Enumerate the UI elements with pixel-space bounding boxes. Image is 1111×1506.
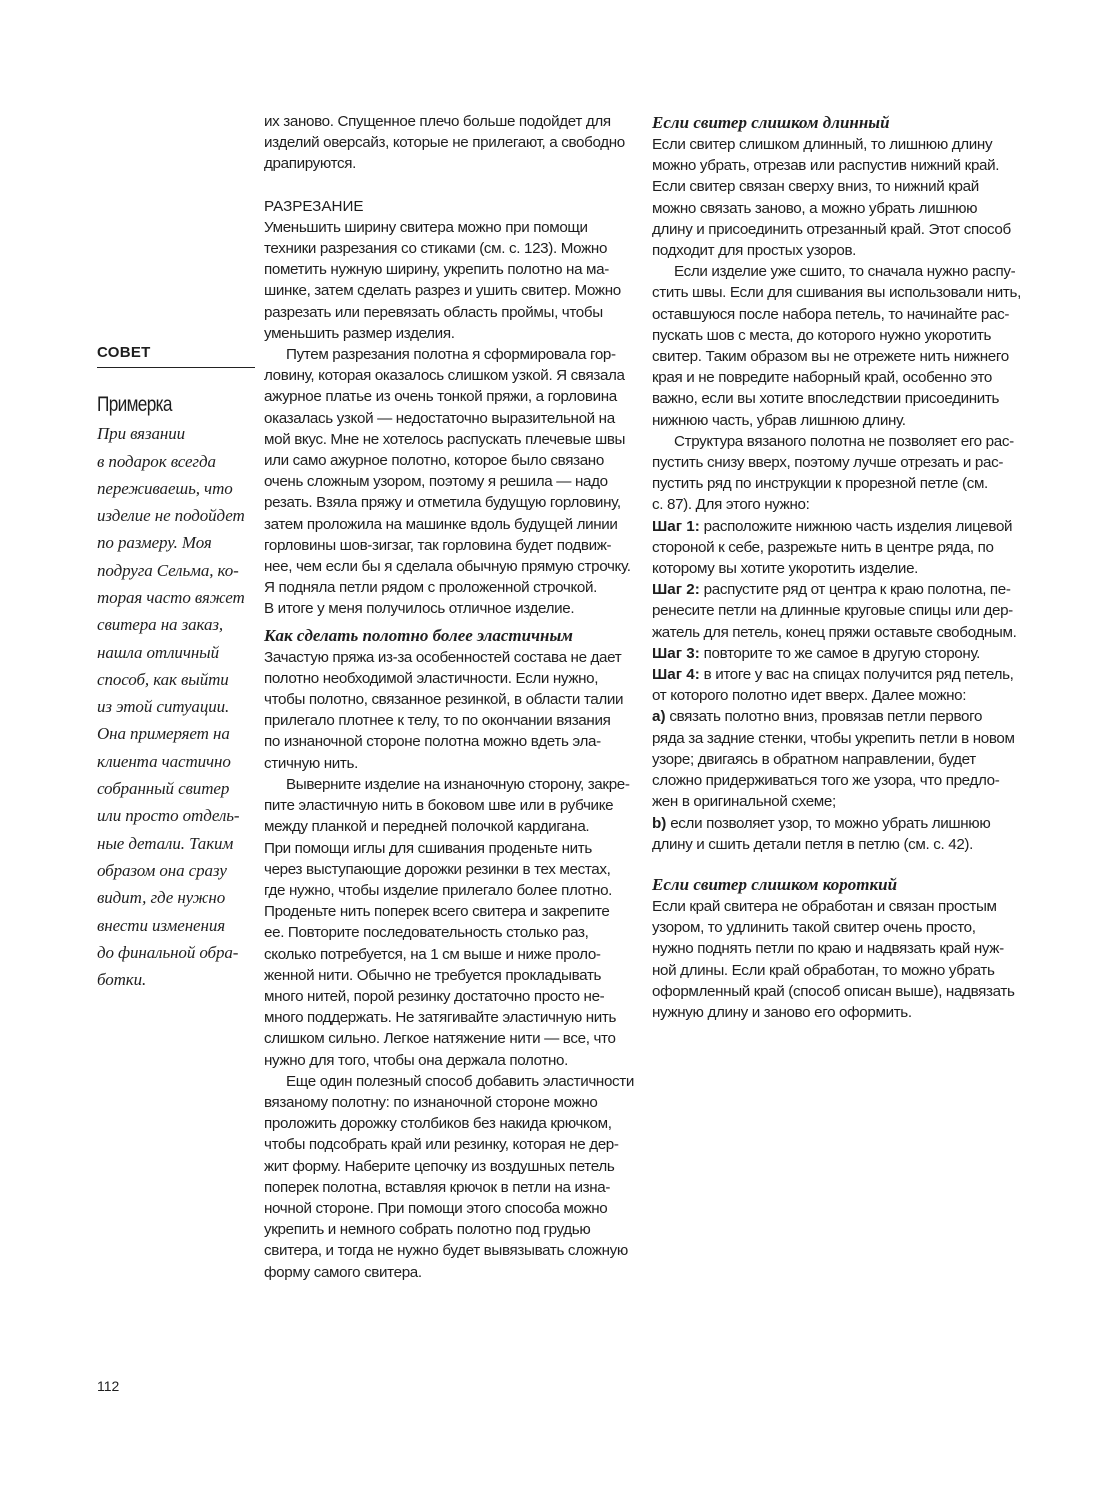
text-line: Если край свитера не обработан и связан … bbox=[652, 896, 1024, 917]
text-line: оформленный край (способ описан выше), н… bbox=[652, 981, 1024, 1002]
text-line: женной нити. Обычно не требуется проклад… bbox=[264, 965, 636, 986]
elastic-heading: Как сделать полотно более эластичным bbox=[264, 624, 636, 647]
text-line: Если изделие уже сшито, то сначала нужно… bbox=[652, 261, 1024, 282]
text-line: Если свитер слишком длинный, то лишнюю д… bbox=[652, 134, 1024, 155]
text-line: форму самого свитера. bbox=[264, 1262, 636, 1283]
steps-list: Шаг 1: расположите нижнюю часть изделия … bbox=[652, 516, 1024, 707]
text-line: оставшуюся после набора петель, то начин… bbox=[652, 304, 1024, 325]
text-line: края и не повредите наборный край, особе… bbox=[652, 367, 1024, 388]
text-line: вязаному полотну: по изнаночной стороне … bbox=[264, 1092, 636, 1113]
text-line: свитер. Таким образом вы не отрежете нит… bbox=[652, 346, 1024, 367]
text-line: через выступающие дорожки резинки в тех … bbox=[264, 859, 636, 880]
text-line: стичную нить. bbox=[264, 753, 636, 774]
text-line: слишком сильно. Легкое натяжение нити — … bbox=[264, 1028, 636, 1049]
text-line: где нужно, чтобы изделие прилегало более… bbox=[264, 880, 636, 901]
text-line: жит форму. Наберите цепочку из воздушных… bbox=[264, 1156, 636, 1177]
page-number: 112 bbox=[97, 1378, 119, 1394]
text-line: в подарок всегда bbox=[97, 448, 255, 475]
text-line: с. 87). Для этого нужно: bbox=[652, 494, 1024, 515]
text-line: нижнюю часть, убрав лишнюю длину. bbox=[652, 410, 1024, 431]
text-line: горловины шов-зигзаг, так горловина буде… bbox=[264, 535, 636, 556]
text-line: техники разрезания со стиками (см. с. 12… bbox=[264, 238, 636, 259]
text-line: Путем разрезания полотна я сформировала … bbox=[264, 344, 636, 365]
text-line: чтобы полотно, связанное резинкой, в обл… bbox=[264, 689, 636, 710]
text-line: проложить дорожку столбиков без накида к… bbox=[264, 1113, 636, 1134]
text-line: оказалась узкой — недостаточно выразител… bbox=[264, 408, 636, 429]
text-line: нашла отличный bbox=[97, 639, 255, 666]
text-line: При вязании bbox=[97, 420, 255, 447]
text-line: свитера, и тогда не нужно будет вывязыва… bbox=[264, 1240, 636, 1261]
text-line: до финальной обра- bbox=[97, 939, 255, 966]
tip-title: Примерка bbox=[97, 392, 227, 418]
text-line: ночной стороне. При помощи этого способа… bbox=[264, 1198, 636, 1219]
text-line: Структура вязаного полотна не позволяет … bbox=[652, 431, 1024, 452]
text-line: пите эластичную нить в боковом шве или в… bbox=[264, 795, 636, 816]
text-line: нее, чем если бы я сделала обычную пряму… bbox=[264, 556, 636, 577]
text-line: подходит для простых узоров. bbox=[652, 240, 1024, 261]
text-line: клиента частично bbox=[97, 748, 255, 775]
step-item: Шаг 1: расположите нижнюю часть изделия … bbox=[652, 516, 1024, 580]
text-line: ботки. bbox=[97, 966, 255, 993]
text-line: Если свитер связан сверху вниз, то нижни… bbox=[652, 176, 1024, 197]
text-line: торая часто вяжет bbox=[97, 584, 255, 611]
text-line: видит, где нужно bbox=[97, 884, 255, 911]
text-line: способ, как выйти bbox=[97, 666, 255, 693]
step-label: Шаг 3: bbox=[652, 645, 700, 662]
text-line: можно связать заново, а можно убрать лиш… bbox=[652, 198, 1024, 219]
text-line: укрепить и немного собрать полотно под г… bbox=[264, 1219, 636, 1240]
text-line: полотно необходимой эластичности. Если н… bbox=[264, 668, 636, 689]
too-short-heading: Если свитер слишком короткий bbox=[652, 873, 1024, 896]
text-line: важно, если вы хотите впоследствии присо… bbox=[652, 388, 1024, 409]
text-line: подруга Сельма, ко- bbox=[97, 557, 255, 584]
text-line: нужно поднять петли по краю и надвязать … bbox=[652, 938, 1024, 959]
text-line: пустить ряд по инструкции к прорезной пе… bbox=[652, 473, 1024, 494]
text-line: свитера на заказ, bbox=[97, 611, 255, 638]
too-long-paragraph-1: Если свитер слишком длинный, то лишнюю д… bbox=[652, 134, 1024, 261]
step-label: Шаг 2: bbox=[652, 581, 700, 598]
text-line: Она примеряет на bbox=[97, 720, 255, 747]
text-line: между планкой и передней полочкой кардиг… bbox=[264, 816, 636, 837]
text-line: нужно для того, чтобы она держала полотн… bbox=[264, 1050, 636, 1071]
text-line: затем проложила на машинке вдоль будущей… bbox=[264, 514, 636, 535]
options-list: a) связать полотно вниз, провязав петли … bbox=[652, 706, 1024, 854]
text-line: нужную длину и заново его оформить. bbox=[652, 1002, 1024, 1023]
text-line: собранный свитер bbox=[97, 775, 255, 802]
elastic-paragraph-2: Выверните изделие на изнаночную сторону,… bbox=[264, 774, 636, 1071]
text-line: по размеру. Моя bbox=[97, 529, 255, 556]
text-line: образом она сразу bbox=[97, 857, 255, 884]
text-line: изделие не подойдет bbox=[97, 502, 255, 529]
cutting-paragraph-1: Уменьшить ширину свитера можно при помощ… bbox=[264, 217, 636, 344]
text-line: ажурное платье из очень тонкой пряжи, а … bbox=[264, 386, 636, 407]
tip-body: При вязаниив подарок всегдапереживаешь, … bbox=[97, 420, 255, 993]
step-label: a) bbox=[652, 708, 666, 725]
tip-label: СОВЕТ bbox=[97, 342, 255, 368]
step-item: Шаг 2: распустите ряд от центра к краю п… bbox=[652, 579, 1024, 643]
too-long-paragraph-2: Если изделие уже сшито, то сначала нужно… bbox=[652, 261, 1024, 431]
text-line: Я подняла петли рядом с проложенной стро… bbox=[264, 577, 636, 598]
text-line: мой вкус. Мне не хотелось распускать пле… bbox=[264, 429, 636, 450]
cutting-paragraph-2: Путем разрезания полотна я сформировала … bbox=[264, 344, 636, 620]
step-item: a) связать полотно вниз, провязав петли … bbox=[652, 706, 1024, 812]
text-line: В итоге у меня получилось отличное издел… bbox=[264, 598, 636, 619]
text-line: много нитей, порой резинку достаточно пр… bbox=[264, 986, 636, 1007]
text-line: или само ажурное полотно, которое было с… bbox=[264, 450, 636, 471]
elastic-paragraph-1: Зачастую пряжа из-за особенностей состав… bbox=[264, 647, 636, 774]
tip-sidebar: СОВЕТ Примерка При вязаниив подарок всег… bbox=[97, 342, 255, 993]
text-line: сколько потребуется, на 1 см выше и ниже… bbox=[264, 944, 636, 965]
text-line: очень сложным узором, поэтому я решила —… bbox=[264, 471, 636, 492]
text-line: пометить нужную ширину, укрепить полотно… bbox=[264, 259, 636, 280]
text-line: пустить снизу вверх, поэтому лучше отрез… bbox=[652, 452, 1024, 473]
text-line: стить швы. Если для сшивания вы использо… bbox=[652, 282, 1024, 303]
text-line: узором, то удлинить такой свитер очень п… bbox=[652, 917, 1024, 938]
step-label: Шаг 4: bbox=[652, 666, 700, 683]
text-line: ные детали. Таким bbox=[97, 830, 255, 857]
step-item: Шаг 3: повторите то же самое в другую ст… bbox=[652, 643, 1024, 664]
text-line: по изнаночной стороне полотна можно вдет… bbox=[264, 731, 636, 752]
text-line: ловину, которая оказалось слишком узкой.… bbox=[264, 365, 636, 386]
text-line: можно убрать, отрезав или распустив нижн… bbox=[652, 155, 1024, 176]
too-short-paragraph: Если край свитера не обработан и связан … bbox=[652, 896, 1024, 1023]
step-item: Шаг 4: в итоге у вас на спицах получится… bbox=[652, 664, 1024, 706]
text-line: ее. Повторите последовательность столько… bbox=[264, 922, 636, 943]
text-line: Выверните изделие на изнаночную сторону,… bbox=[264, 774, 636, 795]
text-line: ной длины. Если край обработан, то можно… bbox=[652, 960, 1024, 981]
text-line: Уменьшить ширину свитера можно при помощ… bbox=[264, 217, 636, 238]
text-line: внести изменения bbox=[97, 912, 255, 939]
text-line: резать. Взяла пряжу и отметила будущую г… bbox=[264, 492, 636, 513]
text-line: поперек полотна, вставляя крючок в петли… bbox=[264, 1177, 636, 1198]
text-line: прилегало плотнее к телу, то по окончани… bbox=[264, 710, 636, 731]
text-line: драпируются. bbox=[264, 153, 636, 174]
text-line: При помощи иглы для сшивания проденьте н… bbox=[264, 838, 636, 859]
right-column: Если свитер слишком длинный Если свитер … bbox=[652, 111, 1024, 1023]
text-line: шинке, затем сделать разрез и ушить свит… bbox=[264, 280, 636, 301]
text-line: уменьшить размер изделия. bbox=[264, 323, 636, 344]
step-label: Шаг 1: bbox=[652, 518, 700, 535]
text-line: или просто отдель- bbox=[97, 802, 255, 829]
elastic-paragraph-3: Еще один полезный способ добавить эласти… bbox=[264, 1071, 636, 1283]
text-line: много поддержать. Не затягивайте эластич… bbox=[264, 1007, 636, 1028]
text-line: переживаешь, что bbox=[97, 475, 255, 502]
text-line: их заново. Спущенное плечо больше подойд… bbox=[264, 111, 636, 132]
text-line: пускать шов с места, до которого нужно у… bbox=[652, 325, 1024, 346]
text-line: Зачастую пряжа из-за особенностей состав… bbox=[264, 647, 636, 668]
step-item: b) если позволяет узор, то можно убрать … bbox=[652, 813, 1024, 855]
intro-paragraph: их заново. Спущенное плечо больше подойд… bbox=[264, 111, 636, 175]
text-line: разрезать или перевязать область проймы,… bbox=[264, 302, 636, 323]
text-line: Проденьте нить поперек всего свитера и з… bbox=[264, 901, 636, 922]
too-long-heading: Если свитер слишком длинный bbox=[652, 111, 1024, 134]
text-line: изделий оверсайз, которые не прилегают, … bbox=[264, 132, 636, 153]
text-line: из этой ситуации. bbox=[97, 693, 255, 720]
too-long-paragraph-3: Структура вязаного полотна не позволяет … bbox=[652, 431, 1024, 516]
text-line: Еще один полезный способ добавить эласти… bbox=[264, 1071, 636, 1092]
text-line: длину и присоединить отрезанный край. Эт… bbox=[652, 219, 1024, 240]
cutting-heading: РАЗРЕЗАНИЕ bbox=[264, 196, 636, 217]
step-label: b) bbox=[652, 815, 666, 832]
middle-column: их заново. Спущенное плечо больше подойд… bbox=[264, 111, 636, 1283]
text-line: чтобы подсобрать край или резинку, котор… bbox=[264, 1134, 636, 1155]
